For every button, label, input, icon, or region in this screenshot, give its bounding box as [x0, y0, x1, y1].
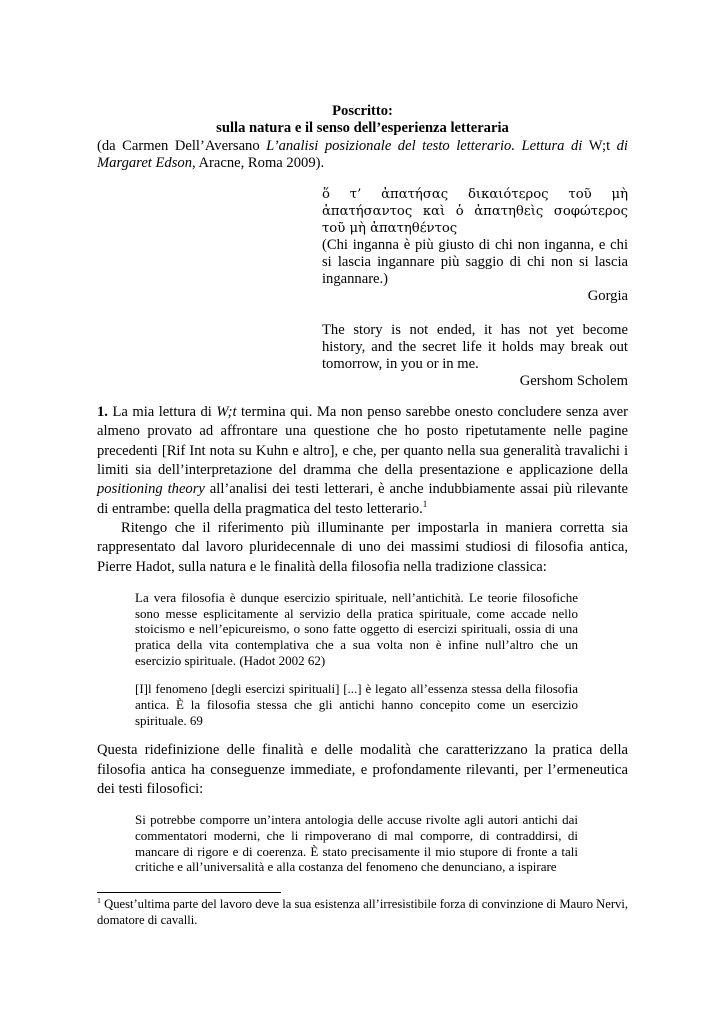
- p1-segment-italic-1: W;t: [216, 404, 236, 420]
- greek-epigraph: ὅ τ’ ἀπατήσας δικαιότερος τοῦ μὴ ἀπατήσα…: [322, 186, 628, 237]
- document-title: Poscritto: sulla natura e il senso dell’…: [97, 103, 628, 138]
- title-line-2: sulla natura e il senso dell’esperienza …: [97, 120, 628, 137]
- p1-segment-italic-2: positioning theory: [97, 481, 205, 497]
- epigraph-block: ὅ τ’ ἀπατήσας δικαιότερος τοῦ μὴ ἀπατήσα…: [322, 186, 628, 390]
- footnote-separator: [97, 892, 281, 893]
- p1-segment-roman-1: La mia lettura di: [108, 404, 216, 420]
- footnote-reference-1: 1: [423, 499, 428, 509]
- footnote-1: 1 Quest’ultima parte del lavoro deve la …: [97, 897, 628, 928]
- document-page: Poscritto: sulla natura e il senso dell’…: [0, 0, 724, 1024]
- citation-segment-italic-1: L’analisi posizionale del testo letterar…: [266, 138, 589, 154]
- title-line-1: Poscritto:: [97, 103, 628, 120]
- block-quote-hadot-1: La vera filosofia è dunque esercizio spi…: [135, 590, 578, 669]
- page-content: Poscritto: sulla natura e il senso dell’…: [0, 0, 724, 928]
- block-quote-hadot-2: [I]l fenomeno [degli esercizi spirituali…: [135, 681, 578, 728]
- paragraph-3: Questa ridefinizione delle finalità e de…: [97, 741, 628, 799]
- section-number: 1.: [97, 404, 108, 420]
- footnote-marker: 1: [97, 896, 101, 905]
- greek-epigraph-translation: (Chi inganna è più giusto di chi non ing…: [322, 237, 628, 288]
- paragraph-1: 1. La mia lettura di W;t termina qui. Ma…: [97, 403, 628, 519]
- footnote-area: 1 Quest’ultima parte del lavoro deve la …: [97, 892, 628, 928]
- citation-segment-roman-2: W;t: [589, 138, 610, 154]
- scholem-attribution: Gershom Scholem: [322, 373, 628, 390]
- scholem-epigraph: The story is not ended, it has not yet b…: [322, 322, 628, 373]
- source-citation: (da Carmen Dell’Aversano L’analisi posiz…: [97, 138, 628, 173]
- citation-segment-roman-1: (da Carmen Dell’Aversano: [97, 138, 266, 154]
- footnote-text: Quest’ultima parte del lavoro deve la su…: [97, 897, 628, 927]
- citation-segment-roman-3: , Aracne, Roma 2009).: [192, 155, 324, 171]
- block-quote-hadot-3: Si potrebbe comporre un’intera antologia…: [135, 812, 578, 875]
- paragraph-2: Ritengo che il riferimento più illuminan…: [97, 519, 628, 577]
- gorgia-attribution: Gorgia: [322, 288, 628, 305]
